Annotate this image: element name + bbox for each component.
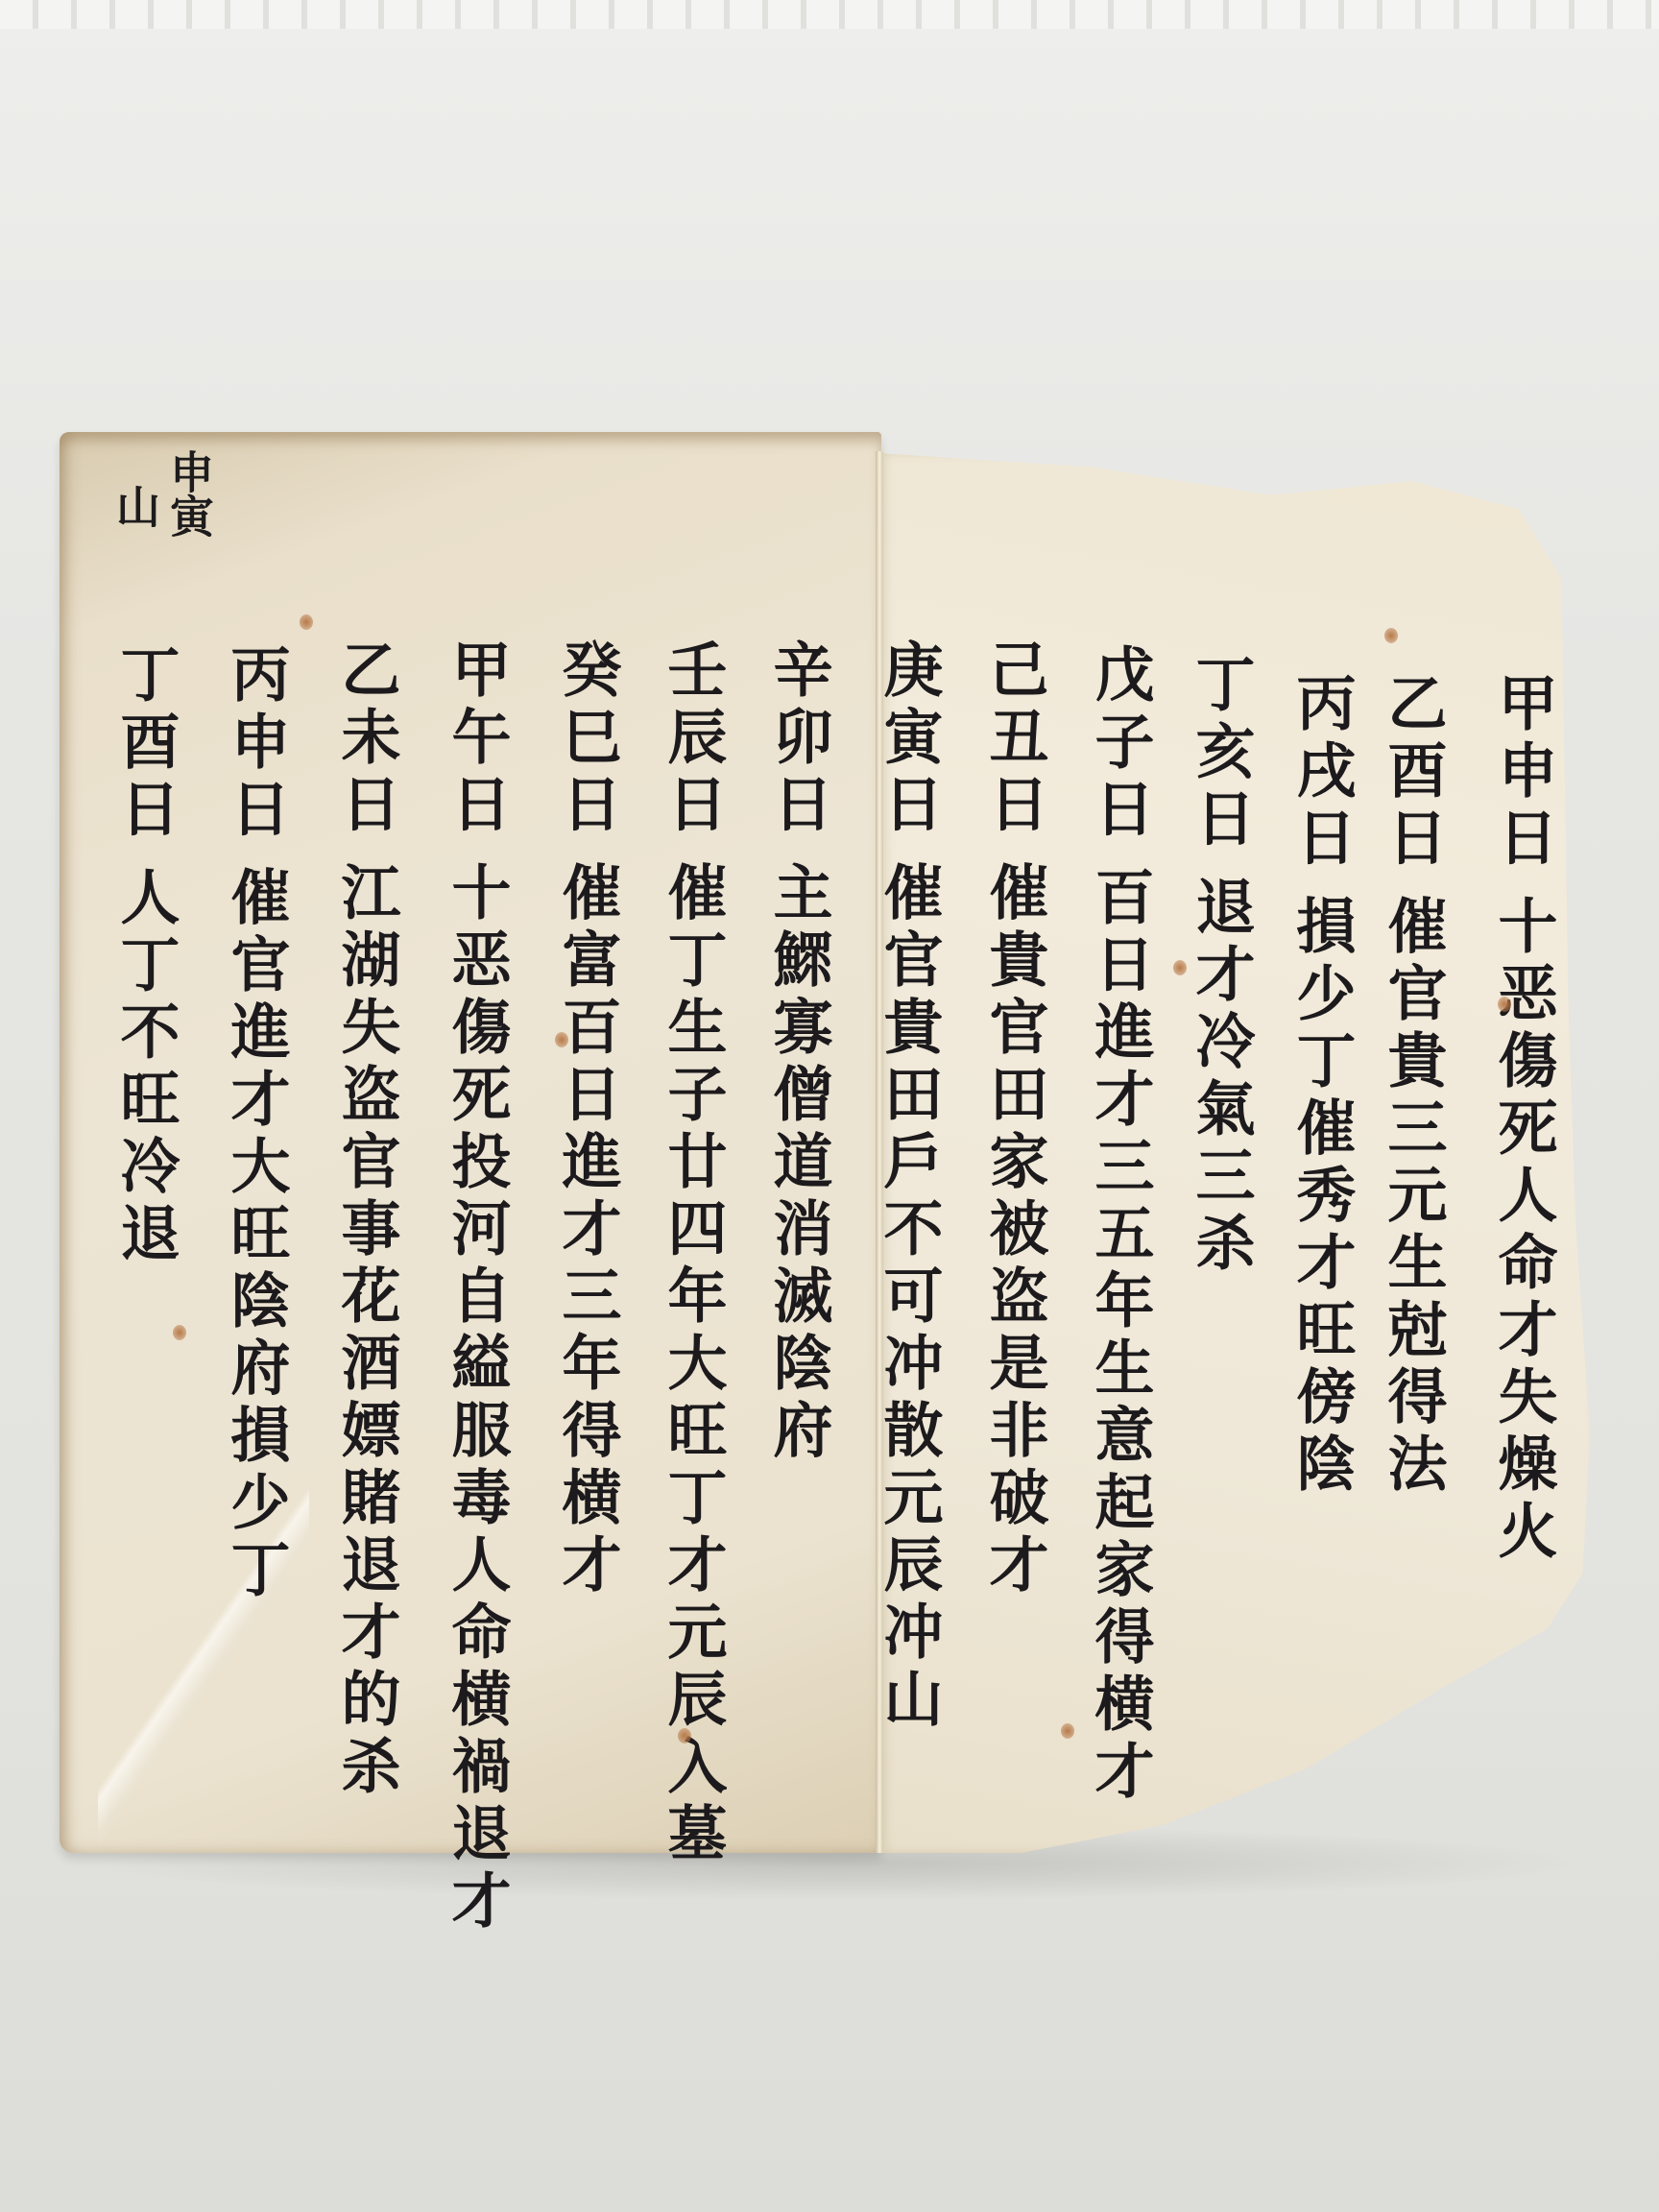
column-text: 主鰥寡僧道消滅陰府 xyxy=(763,861,833,1466)
column-text: 百日進才三五年生意起家得横才 xyxy=(1085,866,1155,1807)
column-day: 乙未日 xyxy=(331,638,401,840)
foxing-stain xyxy=(1384,628,1398,643)
column-day: 丙戌日 xyxy=(1286,672,1357,874)
foxing-stain xyxy=(300,614,313,630)
column-day: 乙酉日 xyxy=(1378,672,1448,874)
foxing-stain xyxy=(1173,960,1187,975)
manuscript-column-5: 戊子日百日進才三五年生意起家得横才 xyxy=(1090,643,1149,1807)
manuscript-column-3: 丙戌日損少丁催秀才旺傍陰 xyxy=(1291,672,1351,1500)
page-header-mark: 申寅 山 xyxy=(113,449,238,565)
column-day: 丁亥日 xyxy=(1186,653,1256,854)
column-day: 丁酉日 xyxy=(110,643,180,845)
manuscript-column-8: 辛卯日主鰥寡僧道消滅陰府 xyxy=(768,638,828,1466)
column-text: 催官貴三元生尅得法 xyxy=(1378,895,1448,1500)
column-day: 丙申日 xyxy=(221,643,291,845)
manuscript-column-7: 庚寅日催官貴田戶不可冲散元辰冲山 xyxy=(878,638,938,1735)
column-text: 催官進才大旺陰府損少丁 xyxy=(221,866,291,1605)
column-day: 甲午日 xyxy=(442,638,512,840)
foxing-stain xyxy=(1061,1723,1074,1739)
column-text: 江湖失盗官事花酒嫖賭退才的杀 xyxy=(331,861,401,1802)
column-text: 退才冷氣三杀 xyxy=(1186,876,1256,1279)
column-text: 人丁不旺冷退 xyxy=(110,866,180,1269)
column-text: 催丁生子廿四年大旺丁才元辰入墓 xyxy=(658,861,728,1869)
foxing-stain xyxy=(1498,997,1511,1012)
manuscript-column-4: 丁亥日退才冷氣三杀 xyxy=(1190,653,1250,1279)
column-day: 己丑日 xyxy=(979,638,1049,840)
column-day: 甲申日 xyxy=(1488,672,1558,874)
manuscript-column-9: 壬辰日催丁生子廿四年大旺丁才元辰入墓 xyxy=(662,638,722,1869)
manuscript-column-12: 乙未日江湖失盗官事花酒嫖賭退才的杀 xyxy=(336,638,396,1802)
column-text: 催官貴田戶不可冲散元辰冲山 xyxy=(874,861,944,1735)
manuscript-column-13: 丙申日催官進才大旺陰府損少丁 xyxy=(226,643,285,1605)
manuscript-column-11: 甲午日十恶傷死投河自縊服毒人命横禍退才 xyxy=(446,638,506,1936)
column-day: 癸巳日 xyxy=(552,638,622,840)
foxing-stain xyxy=(555,1032,568,1047)
manuscript-column-10: 癸巳日催富百日進才三年得横才 xyxy=(557,638,616,1600)
column-day: 壬辰日 xyxy=(658,638,728,840)
manuscript-column-2: 乙酉日催官貴三元生尅得法 xyxy=(1382,672,1442,1500)
column-text: 十恶傷死投河自縊服毒人命横禍退才 xyxy=(442,861,512,1936)
column-text: 催貴官田家被盗是非破才 xyxy=(979,861,1049,1600)
column-text: 催富百日進才三年得横才 xyxy=(552,861,622,1600)
foxing-stain xyxy=(173,1325,186,1340)
background-window-reflection xyxy=(0,0,1659,29)
manuscript-column-6: 己丑日催貴官田家被盗是非破才 xyxy=(984,638,1044,1600)
manuscript-column-14: 丁酉日人丁不旺冷退 xyxy=(115,643,175,1269)
column-text: 損少丁催秀才旺傍陰 xyxy=(1286,895,1357,1500)
column-day: 辛卯日 xyxy=(763,638,833,840)
column-day: 庚寅日 xyxy=(874,638,944,840)
header-col-1: 申寅 xyxy=(167,449,211,538)
column-day: 戊子日 xyxy=(1085,643,1155,845)
foxing-stain xyxy=(678,1728,691,1743)
column-text: 十恶傷死人命才失燥火 xyxy=(1488,895,1558,1567)
manuscript-column-1: 甲申日十恶傷死人命才失燥火 xyxy=(1493,672,1552,1567)
header-col-2: 山 xyxy=(113,484,157,528)
